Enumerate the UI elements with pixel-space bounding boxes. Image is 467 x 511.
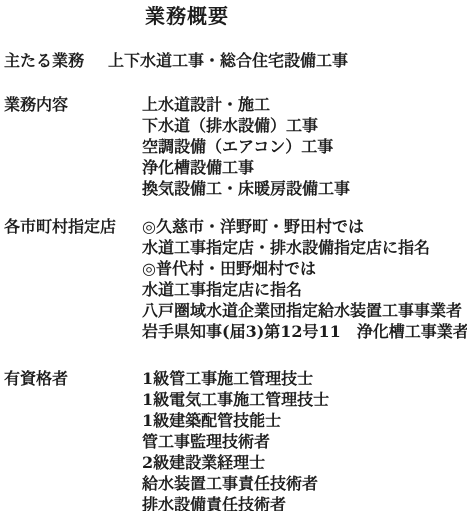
section-content: 1級管工事施工管理技士 1級電気工事施工管理技士 1級建築配管技能士 管工事監理…	[142, 368, 467, 511]
section-main-business: 主たる業務 上下水道工事・総合住宅設備工事	[4, 50, 467, 71]
section-qualified-personnel: 有資格者 1級管工事施工管理技士 1級電気工事施工管理技士 1級建築配管技能士 …	[4, 368, 467, 511]
section-line: 管工事監理技術者	[142, 431, 467, 452]
section-line: 1級電気工事施工管理技士	[142, 389, 467, 410]
section-designated-shops: 各市町村指定店 ◎久慈市・洋野町・野田村では 水道工事指定店・排水設備指定店に指…	[4, 216, 467, 342]
business-overview-document: 業務概要 主たる業務 上下水道工事・総合住宅設備工事 業務内容 上水道設計・施工…	[0, 3, 467, 511]
section-content: 上水道設計・施工 下水道（排水設備）工事 空調設備（エアコン）工事 浄化槽設備工…	[142, 94, 467, 199]
section-line: 上下水道工事・総合住宅設備工事	[108, 50, 467, 71]
section-line: 排水設備責任技術者	[142, 494, 467, 511]
section-line: 水道工事指定店・排水設備指定店に指名	[142, 237, 467, 258]
section-content: 上下水道工事・総合住宅設備工事	[108, 50, 467, 71]
section-line: 水道工事指定店に指名	[142, 279, 467, 300]
section-label-qualified-personnel: 有資格者	[4, 368, 142, 389]
page-title: 業務概要	[145, 3, 467, 29]
section-line: 上水道設計・施工	[142, 94, 467, 115]
section-content: ◎久慈市・洋野町・野田村では 水道工事指定店・排水設備指定店に指名 ◎普代村・田…	[142, 216, 467, 342]
section-line: 1級管工事施工管理技士	[142, 368, 467, 389]
section-business-details: 業務内容 上水道設計・施工 下水道（排水設備）工事 空調設備（エアコン）工事 浄…	[4, 94, 467, 199]
section-line: 浄化槽設備工事	[142, 157, 467, 178]
section-label-main-business: 主たる業務	[4, 50, 108, 71]
section-line: 2級建設業経理士	[142, 452, 467, 473]
section-label-business-details: 業務内容	[4, 94, 142, 115]
section-line: 空調設備（エアコン）工事	[142, 136, 467, 157]
section-line: ◎久慈市・洋野町・野田村では	[142, 216, 467, 237]
section-label-designated-shops: 各市町村指定店	[4, 216, 142, 237]
section-line: 下水道（排水設備）工事	[142, 115, 467, 136]
section-line: ◎普代村・田野畑村では	[142, 258, 467, 279]
section-line: 八戸圏域水道企業団指定給水装置工事事業者	[142, 300, 467, 321]
section-line: 換気設備工・床暖房設備工事	[142, 178, 467, 199]
section-line: 給水装置工事責任技術者	[142, 473, 467, 494]
section-line: 1級建築配管技能士	[142, 410, 467, 431]
section-line: 岩手県知事(届3)第12号11 浄化槽工事業者	[142, 321, 467, 342]
